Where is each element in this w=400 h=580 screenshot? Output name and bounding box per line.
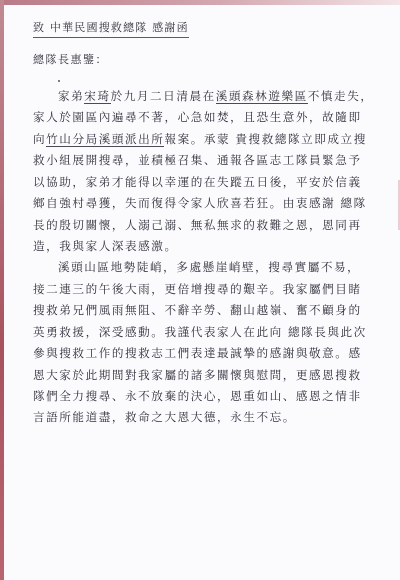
p1-line3: 向竹山分局溪頭派出所報案。承蒙 貴搜救總隊立即成立搜	[33, 131, 367, 147]
p1-line2: 家人於園區內遍尋不著，心急如焚，且恐生意外，故隨即	[33, 109, 362, 125]
letter-title: 致 中華民國搜救總隊 感謝函	[33, 20, 189, 38]
p1-line4: 救小組展開搜尋，並積極召集、通報各區志工隊員緊急予	[33, 152, 362, 168]
p1-line1: 家弟宋琦於九月二日清晨在溪頭森林遊樂區不慎走失，	[58, 88, 374, 104]
p2-line4: 英勇救援，深受感動。我謹代表家人在此向 總隊長與此次	[33, 324, 367, 340]
p1-line6: 鄉自強村尋獲，失而復得令家人欣喜若狂。由衷感謝 總隊	[33, 195, 367, 211]
p2-line6: 恩大家於此期間對我家屬的諸多關懷與慰問，更感恩搜救	[33, 367, 362, 383]
text: 家弟	[58, 89, 84, 103]
p2-line3: 搜救弟兄們風雨無阻、不辭辛勞、翻山越嶺、奮不顧身的	[33, 302, 362, 318]
underlined-station: 竹山分局溪頭派出所	[46, 132, 164, 147]
p2-line7: 隊們全力搜尋、永不放棄的決心，恩重如山、感恩之情非	[33, 388, 362, 404]
p2-line1: 溪頭山區地勢陡峭，多處懸崖峭壁，搜尋實屬不易，	[58, 259, 360, 275]
top-edge-strip	[0, 0, 400, 5]
letter-page: 致 中華民國搜救總隊 感謝函 總隊長惠鑒： 家弟宋琦於九月二日清晨在溪頭森林遊樂…	[0, 0, 400, 580]
p1-line7: 長的殷切關懷，人溺己溺、無私無求的救難之恩，恩同再	[33, 217, 362, 233]
text: 向	[33, 132, 46, 146]
p1-line8: 造，我與家人深表感激。	[33, 238, 178, 254]
underlined-name: 宋琦	[84, 89, 110, 104]
p1-line5: 以協助，家弟才能得以幸運的在失蹤五日後，平安於信義	[33, 174, 362, 190]
p2-line5: 參與搜救工作的搜救志工們表達最誠摯的感謝與敬意。感	[33, 345, 362, 361]
p2-line2: 接二連三的午後大雨，更倍增搜尋的艱辛。我家屬們目睹	[33, 281, 362, 297]
underlined-place: 溪頭森林遊樂區	[216, 89, 308, 104]
text: 於九月二日清晨在	[111, 89, 216, 103]
text: 不慎走失，	[308, 89, 374, 103]
p2-line8: 言語所能道盡，救命之大恩大德，永生不忘。	[33, 409, 296, 425]
left-edge-strip	[0, 0, 4, 580]
salutation: 總隊長惠鑒：	[33, 52, 108, 68]
text: 報案。承蒙 貴搜救總隊立即成立搜	[164, 132, 366, 146]
ink-dot	[58, 80, 60, 82]
